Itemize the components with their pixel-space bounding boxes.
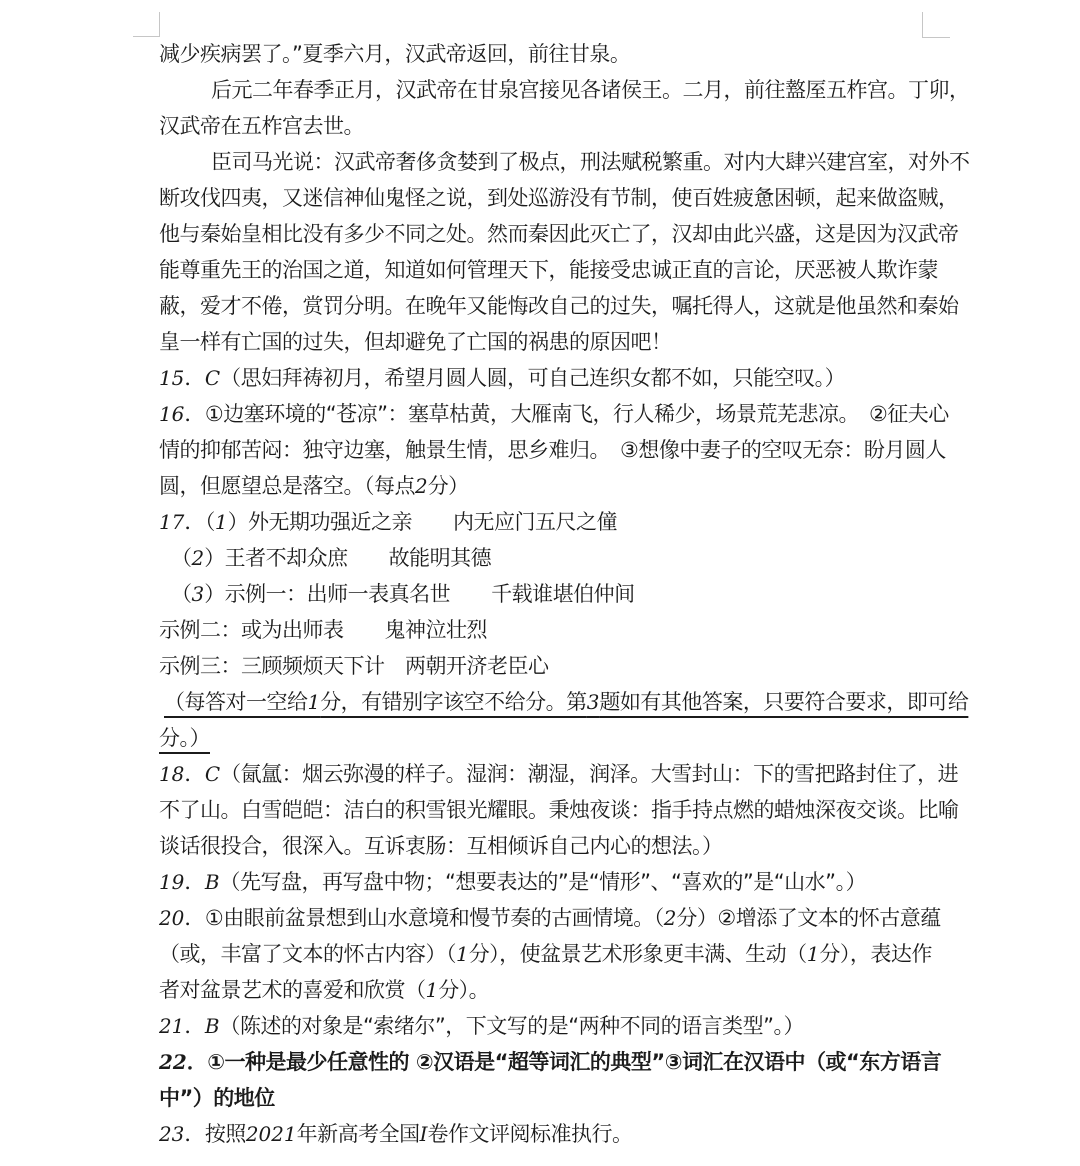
document-line: 示例二：或为出师表 鬼神泣壮烈 <box>159 612 925 648</box>
scoring-note-line: 分。） <box>159 720 925 756</box>
document-line: （或，丰富了文本的怀古内容）（1分），使盆景艺术形象更丰满、生动（1分），表达作 <box>159 936 925 972</box>
answer-line-17: 17．（1）外无期功强近之亲 内无应门五尺之僮 <box>159 504 925 540</box>
document-line: 者对盆景艺术的喜爱和欣赏（1分）。 <box>159 972 925 1008</box>
document-line: 皇一样有亡国的过失，但却避免了亡国的祸患的原因吧！ <box>159 324 925 360</box>
document-line: 臣司马光说：汉武帝奢侈贪婪到了极点，刑法赋税繁重。对内大肆兴建宫室，对外不 <box>159 144 925 180</box>
answer-line-18: 18．C（氤氲：烟云弥漫的样子。湿润：潮湿，润泽。大雪封山：下的雪把路封住了，进 <box>159 756 925 792</box>
document-line: 圆，但愿望总是落空。（每点2分） <box>159 468 925 504</box>
document-line: 他与秦始皇相比没有多少不同之处。然而秦因此灭亡了，汉却由此兴盛，这是因为汉武帝 <box>159 216 925 252</box>
answer-line-21: 21．B（陈述的对象是“索绪尔”，下文写的是“两种不同的语言类型”。） <box>159 1008 925 1044</box>
document-line: 中”）的地位 <box>159 1080 925 1116</box>
document-line: 蔽，爱才不倦，赏罚分明。在晚年又能悔改自己的过失，嘱托得人，这就是他虽然和秦始 <box>159 288 925 324</box>
document-line: 后元二年春季正月，汉武帝在甘泉宫接见各诸侯王。二月，前往盩厔五柞宫。丁卯， <box>159 72 925 108</box>
answer-line-20: 20．①由眼前盆景想到山水意境和慢节奏的古画情境。（2分）②增添了文本的怀古意蕴 <box>159 900 925 936</box>
document-line: 情的抑郁苦闷：独守边塞，触景生情，思乡难归。 ③想像中妻子的空叹无奈：盼月圆人 <box>159 432 925 468</box>
answer-line-22: 22．①一种是最少任意性的 ②汉语是“超等词汇的典型”③词汇在汉语中（或“东方语… <box>159 1044 925 1080</box>
document-line: （3）示例一：出师一表真名世 千载谁堪伯仲间 <box>159 576 925 612</box>
document-body: 减少疾病罢了。”夏季六月，汉武帝返回，前往甘泉。 后元二年春季正月，汉武帝在甘泉… <box>159 36 925 1152</box>
document-line: （2）王者不却众庶 故能明其德 <box>159 540 925 576</box>
document-line: 断攻伐四夷，又迷信神仙鬼怪之说，到处巡游没有节制，使百姓疲惫困顿，起来做盗贼， <box>159 180 925 216</box>
document-line: 谈话很投合，很深入。互诉衷肠：互相倾诉自己内心的想法。） <box>159 828 925 864</box>
document-line: 能尊重先王的治国之道，知道如何管理天下，能接受忠诚正直的言论，厌恶被人欺诈蒙 <box>159 252 925 288</box>
answer-line-15: 15．C（思妇拜祷初月，希望月圆人圆，可自己连织女都不如，只能空叹。） <box>159 360 925 396</box>
document-line: 减少疾病罢了。”夏季六月，汉武帝返回，前往甘泉。 <box>159 36 925 72</box>
answer-line-16: 16．①边塞环境的“苍凉”：塞草枯黄，大雁南飞，行人稀少，场景荒芜悲凉。 ②征夫… <box>159 396 925 432</box>
document-page: 减少疾病罢了。”夏季六月，汉武帝返回，前往甘泉。 后元二年春季正月，汉武帝在甘泉… <box>0 0 1080 1166</box>
document-line: 不了山。白雪皑皑：洁白的积雪银光耀眼。秉烛夜谈：指手持点燃的蜡烛深夜交谈。比喻 <box>159 792 925 828</box>
text-boundary-mark-top-right <box>922 12 950 38</box>
answer-line-23: 23．按照2021年新高考全国I卷作文评阅标准执行。 <box>159 1116 925 1152</box>
document-line: 汉武帝在五柞宫去世。 <box>159 108 925 144</box>
document-line: 示例三：三顾频烦天下计 两朝开济老臣心 <box>159 648 925 684</box>
answer-line-19: 19．B（先写盘，再写盘中物；“想要表达的”是“情形”、“喜欢的”是“山水”。） <box>159 864 925 900</box>
scoring-note-line: （每答对一空给1分，有错别字该空不给分。第3题如有其他答案，只要符合要求，即可给 <box>159 684 925 720</box>
text-boundary-mark-top-left <box>133 12 160 37</box>
